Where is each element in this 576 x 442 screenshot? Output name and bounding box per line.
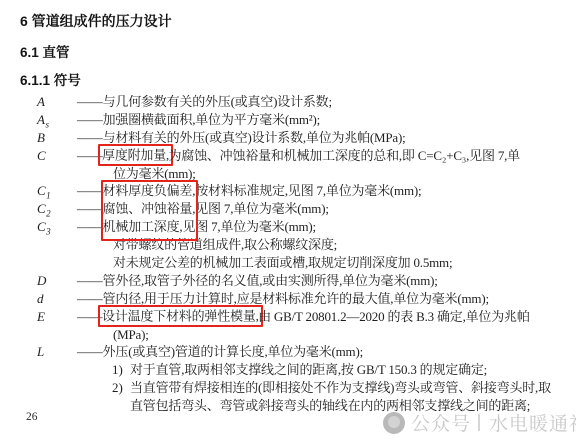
symbol-definition: 对于直管,取两相邻支撑线之间的距离,按 GB/T 150.3 的规定确定;	[130, 361, 487, 379]
highlight-box: 设计温度下材料的弹性模量,	[98, 305, 263, 327]
watermark-account-name: 水电暖通社	[489, 409, 576, 436]
highlight-box: 厚度附加量,	[98, 144, 173, 166]
symbol-label: L	[37, 343, 45, 361]
symbol-definition: ——管外径,取管子外径的名义值,或由实测所得,单位为毫米(mm);	[77, 272, 438, 290]
symbol-label: d	[37, 290, 44, 308]
symbol-row: C2——腐蚀、冲蚀裕量,见图 7,单位为毫米(mm);	[0, 200, 576, 218]
symbol-label: D	[37, 272, 47, 290]
symbol-label: C	[37, 147, 46, 165]
symbol-row: C1——材料厚度负偏差,按材料标准规定,见图 7,单位为毫米(mm);	[0, 182, 576, 200]
symbol-label: E	[37, 308, 45, 326]
subsubsection-heading: 6.1.1 符号	[20, 69, 81, 89]
watermark-platform: 公众号	[411, 409, 471, 436]
symbol-row: D——管外径,取管子外径的名义值,或由实测所得,单位为毫米(mm);	[0, 272, 576, 290]
symbol-row: (MPa);	[0, 326, 576, 344]
symbol-definition: ——厚度附加量,为腐蚀、冲蚀裕量和机械加工深度的总和,即 C=C₂+C₃,见图 …	[77, 147, 520, 165]
symbol-label: A	[37, 93, 45, 111]
symbol-row: 对带螺纹的管道组成件,取公称螺纹深度;	[0, 236, 576, 254]
watermark-divider	[478, 414, 480, 431]
symbol-row: 对未规定公差的机械加工表面或槽,取规定切削深度加 0.5mm;	[0, 254, 576, 272]
subsection-heading: 6.1 直管	[20, 41, 70, 61]
symbol-row: C——厚度附加量,为腐蚀、冲蚀裕量和机械加工深度的总和,即 C=C₂+C₃,见图…	[0, 147, 576, 165]
symbol-row: C3——机械加工深度,见图 7,单位为毫米(mm);	[0, 218, 576, 236]
symbol-row: E——设计温度下材料的弹性模量,由 GB/T 20801.2—2020 的表 B…	[0, 308, 576, 326]
symbol-definition: ——机械加工深度,见图 7,单位为毫米(mm);	[77, 218, 316, 236]
wechat-logo-icon	[383, 412, 405, 434]
symbol-definition: ——设计温度下材料的弹性模量,由 GB/T 20801.2—2020 的表 B.…	[77, 308, 530, 326]
symbol-row: B——与材料有关的外压(或真空)设计系数,单位为兆帕(MPa);	[0, 129, 576, 147]
symbol-row: 2)当直管带有焊接相连的(即相接处不作为支撑线)弯头或弯管、斜接弯头时,取	[0, 379, 576, 397]
item-number: 2)	[112, 379, 123, 397]
symbol-definition: ——与几何参数有关的外压(或真空)设计系数;	[77, 93, 332, 111]
symbol-definition: 位为毫米(mm);	[113, 165, 196, 183]
symbol-definition: ——材料厚度负偏差,按材料标准规定,见图 7,单位为毫米(mm);	[77, 182, 421, 200]
item-number: 1)	[112, 361, 123, 379]
symbol-row: 1)对于直管,取两相邻支撑线之间的距离,按 GB/T 150.3 的规定确定;	[0, 361, 576, 379]
symbol-label: B	[37, 129, 45, 147]
symbol-row: As——加强圈横截面积,单位为平方毫米(mm²);	[0, 111, 576, 129]
symbol-row: 位为毫米(mm);	[0, 165, 576, 183]
watermark: 公众号 水电暖通社	[383, 409, 576, 436]
symbol-row: d——管内径,用于压力计算时,应是材料标准允许的最大值,单位为毫米(mm);	[0, 290, 576, 308]
symbol-definition: ——腐蚀、冲蚀裕量,见图 7,单位为毫米(mm);	[77, 200, 329, 218]
section-heading: 6 管道组成件的压力设计	[20, 11, 172, 31]
symbol-row: A——与几何参数有关的外压(或真空)设计系数;	[0, 93, 576, 111]
symbol-definition: 对未规定公差的机械加工表面或槽,取规定切削深度加 0.5mm;	[113, 254, 452, 272]
symbol-definition: (MPa);	[113, 326, 149, 344]
symbol-list: A——与几何参数有关的外压(或真空)设计系数;As——加强圈横截面积,单位为平方…	[0, 93, 576, 415]
page-number: 26	[26, 411, 38, 423]
symbol-definition: 对带螺纹的管道组成件,取公称螺纹深度;	[113, 236, 337, 254]
symbol-definition: 当直管带有焊接相连的(即相接处不作为支撑线)弯头或弯管、斜接弯头时,取	[130, 379, 551, 397]
symbol-definition: ——加强圈横截面积,单位为平方毫米(mm²);	[77, 111, 320, 129]
symbol-row: L——外压(或真空)管道的计算长度,单位为毫米(mm);	[0, 343, 576, 361]
document-page: 6 管道组成件的压力设计 6.1 直管 6.1.1 符号 A——与几何参数有关的…	[0, 0, 576, 442]
symbol-definition: ——外压(或真空)管道的计算长度,单位为毫米(mm);	[77, 343, 363, 361]
